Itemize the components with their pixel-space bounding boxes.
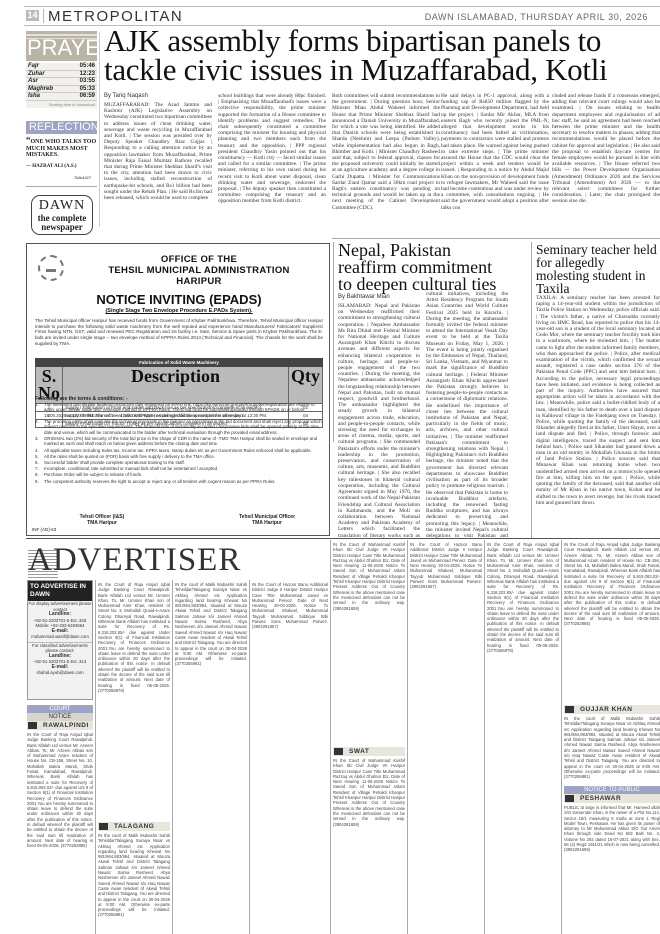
column-rule — [333, 242, 334, 442]
legal-notice: IN the court of Malik Mubashir Sahib Teh… — [564, 716, 660, 786]
dawn-tagline: the complete newspaper — [32, 214, 92, 232]
column-rule — [249, 580, 250, 934]
prayer-row: Maghreb05:33 — [26, 86, 97, 94]
legal-column: IN the Court of Raja Amjad Iqbal Judge B… — [98, 582, 170, 923]
signatory-1: Tehsil Officer (I&S)TMA Haripur — [57, 514, 147, 526]
legal-notice: IN the Court of Raja Amjad Iqbal Judge B… — [98, 582, 170, 822]
terms-list: 1.The interested and eligible bidders/co… — [35, 402, 323, 485]
lead-column-3: Both committees will submit recommendati… — [332, 93, 440, 232]
legal-notice: IN the Court of Huzoor Banu Additional D… — [252, 582, 328, 928]
prayer-footnote: Starting time in Islamabad — [26, 101, 97, 108]
notice-intro: The Tehsil Municipal officer Haripur has… — [35, 318, 323, 347]
nepal-byline: By Bakhtawar Mian — [338, 294, 390, 300]
column-rule — [172, 580, 173, 934]
term-item: 5.All the rates shall be quoted on (FOR)… — [35, 454, 323, 459]
nepal-column-1: ISLAMABAD: Nepal and Pakistan on Wednesd… — [338, 303, 420, 538]
court-label: COURT — [27, 705, 93, 713]
advertiser-title: ADVERTISER — [28, 542, 241, 579]
term-item: 6.Successful bidder shall provide comple… — [35, 460, 323, 465]
gavel-icon — [99, 823, 108, 830]
column-rule — [484, 540, 485, 934]
lead-byline: By Tariq Naqash — [104, 93, 148, 99]
reflections-quote: “ONE WHO TALKS TOO MUCH MAKES MOST MISTA… — [26, 137, 97, 159]
term-item: 9.The competent authority reserves the r… — [35, 479, 323, 484]
government-emblem-icon — [38, 255, 64, 281]
column-rule — [99, 32, 100, 227]
legal-column: IN the Court of Muhammad Kashif Khan Sb … — [333, 542, 405, 913]
legal-column: IN the Court of Raja Amjad Iqbal Judge B… — [564, 542, 660, 925]
term-item: 2.The procuring entity shall evaluate th… — [35, 419, 323, 435]
legal-notice: IN the Court of Muhammad Kashif Khan Sb … — [333, 758, 405, 913]
city-label: PESHAWAR — [564, 794, 660, 803]
email-link[interactable]: shahid.ayub@dawn.com — [28, 670, 92, 676]
prayer-title: PRAYER — [26, 31, 97, 61]
divider — [332, 238, 660, 239]
city-label: GUJJAR KHAN — [564, 705, 660, 714]
gavel-icon — [565, 795, 574, 802]
header-separator — [43, 9, 44, 23]
legal-notice: IN the court of Malik Mubashir Sahib Teh… — [175, 582, 247, 928]
email-link[interactable]: muhammad.wasif@dawn.com — [28, 634, 92, 640]
legal-column: IN the Court of Raja Amjad Iqbal Judge B… — [487, 542, 559, 927]
city-label: SWAT — [333, 747, 405, 756]
court-notice-column: COURT NOTICE RAWALPINDI IN the Court of … — [27, 705, 93, 934]
column-rule — [330, 540, 331, 934]
legal-column: IN the court of Malik Mubashir Sahib Teh… — [175, 582, 247, 928]
ad-reference: 76A/4427 — [74, 175, 91, 180]
legal-notice: IN the Court of Huzoor Banu Additional D… — [410, 542, 482, 927]
top-rule — [24, 6, 660, 7]
divider — [26, 186, 97, 187]
prayer-row: Asr03:55 — [26, 78, 97, 86]
city-label: RAWALPINDI — [27, 721, 93, 730]
term-item: 3.ORIGINAL two (2%) bid security of the … — [35, 436, 323, 447]
legal-notice: IN the Court of Raja Amjad Iqbal Judge B… — [487, 542, 559, 927]
legal-column: IN the Court of Huzoor Banu Additional D… — [410, 542, 482, 927]
legal-notice: IN the Court of Raja Amjad Iqbal Judge B… — [564, 542, 660, 705]
page-number: 14 — [26, 10, 39, 21]
column-rule — [95, 580, 96, 934]
dawn-promo: DAWN the complete newspaper — [31, 195, 93, 235]
prayer-row: Isha06:59 — [26, 93, 97, 101]
prayer-row: Fajr05:46 — [26, 63, 97, 71]
prayer-row: Zuhar12:23 — [26, 71, 97, 79]
lead-headline: AJK assembly forms bipartisan panels to … — [104, 26, 660, 84]
city-label: TALAGANG — [98, 822, 170, 831]
tender-notice-ad: OFFICE OF THE TEHSIL MUNICIPAL ADMINISTR… — [26, 243, 330, 536]
prayer-times-table: Fajr05:46 Zuhar12:23 Asr03:55 Maghreb05:… — [26, 63, 97, 108]
notice-heading: NOTICE INVITING (EPADS) — [27, 292, 331, 307]
taxila-headline: Seminary teacher held for allegedly mole… — [536, 243, 660, 295]
notice-subheading: (Single Stage Two Envelope Procedure E.P… — [27, 308, 331, 314]
gavel-icon — [28, 722, 37, 729]
column-rule — [531, 242, 532, 538]
legal-notice: PUBLIC at large is informed that Mr. Ham… — [564, 805, 660, 925]
taxila-story-text: TAXILA: A seminary teacher has been arre… — [536, 295, 660, 538]
nepal-headline: Nepal, Pakistan reaffirm commitment to d… — [338, 242, 498, 293]
legal-notice: IN the court of Malik Mubashir Sahib Teh… — [98, 833, 170, 923]
term-item: 4.All applicable taxes including Sales t… — [35, 448, 323, 453]
section-rule — [26, 538, 660, 539]
lead-column-5: cluded and release funds if a consensus … — [552, 93, 660, 232]
dateline: DAWN ISLAMABAD, THURSDAY APRIL 30, 2026 — [425, 12, 648, 22]
legal-notice: IN the Court of Muhammad Kashif Khan Sb … — [333, 542, 405, 747]
legal-notice: IN the Court of Raja Amjad Iqbal Judge B… — [27, 732, 93, 934]
term-item: 1.The interested and eligible bidders/co… — [35, 402, 323, 418]
dawn-logo: DAWN — [32, 198, 92, 214]
column-rule — [407, 540, 408, 934]
term-item: 7.Incomplete, conditional, late submitte… — [35, 466, 323, 471]
signatory-2: Tehsil Municipal OfficerTMA Haripur — [217, 514, 317, 526]
ad-reference: INF (AD)-53 — [32, 527, 56, 532]
lead-column-1: MUZAFFARABAD: The Azad Jammu and Kashmir… — [104, 102, 212, 232]
column-rule — [561, 540, 562, 934]
quote-attribution: — HAZRAT ALI (A.S.) — [26, 164, 77, 169]
gavel-icon — [565, 706, 574, 713]
notice-to-public-label: NOTICE TO PUBLIC — [564, 786, 660, 794]
nepal-column-2: cultural initiatives, including the Arti… — [426, 291, 508, 538]
gavel-icon — [334, 748, 343, 755]
lead-column-4: He said delays in PC-1 approval, along w… — [441, 93, 549, 232]
term-item: 8.Purchase Order will be subject to rele… — [35, 472, 323, 477]
legal-column: IN the Court of Huzoor Banu Additional D… — [252, 582, 328, 928]
notice-org: OFFICE OF THE TEHSIL MUNICIPAL ADMINISTR… — [67, 254, 331, 287]
lead-column-2: school buildings that were already 80pc … — [218, 93, 326, 232]
notice-label: NOTICE — [27, 713, 93, 721]
advertise-contact-panel: TO ADVERTISE IN DAWN For display adverti… — [27, 580, 93, 700]
reflections-title: REFLECTIONS — [26, 121, 97, 134]
